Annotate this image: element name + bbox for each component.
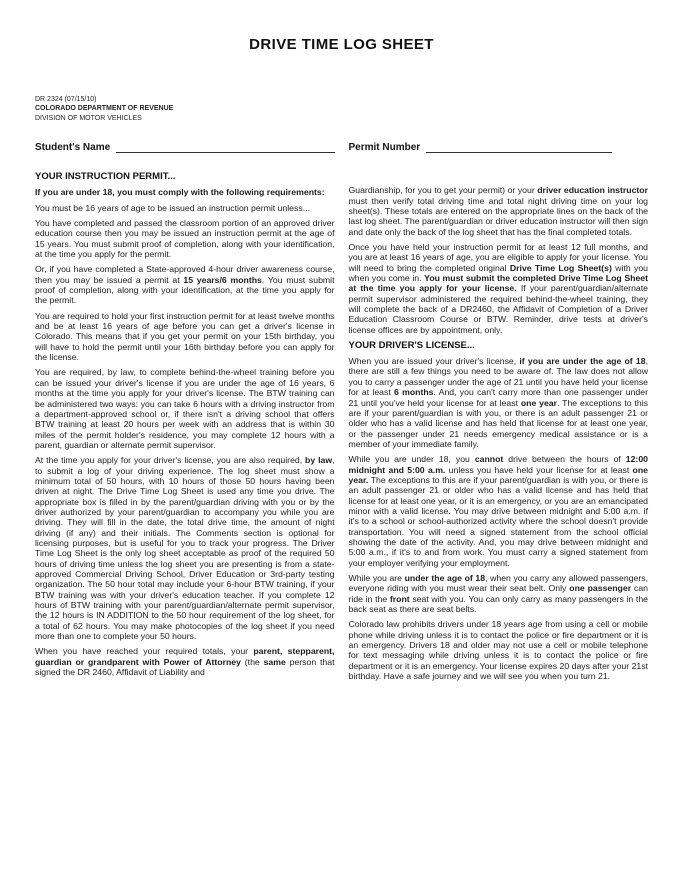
paragraph: When you have reached your required tota… xyxy=(35,646,335,677)
form-number: DR 2324 (07/15/10) xyxy=(35,95,648,104)
permit-number-label: Permit Number xyxy=(349,142,421,153)
paragraph: While you are under 18, you cannot drive… xyxy=(349,454,649,568)
permit-number-blank-line xyxy=(426,141,612,153)
agency-name: COLORADO DEPARTMENT OF REVENUE xyxy=(35,104,648,113)
paragraph: You have completed and passed the classr… xyxy=(35,218,335,259)
student-name-label: Student's Name xyxy=(35,142,110,153)
student-name-blank-line xyxy=(116,141,334,153)
paragraph: You are required, by law, to complete be… xyxy=(35,367,335,450)
paragraph: At the time you apply for your driver's … xyxy=(35,455,335,641)
student-name-field: Student's Name xyxy=(35,141,335,153)
paragraph: Once you have held your instruction perm… xyxy=(349,242,649,335)
paragraph: While you are under the age of 18, when … xyxy=(349,573,649,614)
permit-number-field: Permit Number xyxy=(349,141,649,153)
paragraph: When you are issued your driver's licens… xyxy=(349,356,649,449)
paragraph: Or, if you have completed a State-approv… xyxy=(35,264,335,305)
two-column-body: YOUR INSTRUCTION PERMIT...If you are und… xyxy=(35,170,648,686)
paragraph: Colorado law prohibits drivers under 18 … xyxy=(349,619,649,681)
right-column: Guardianship, for you to get your permit… xyxy=(349,170,649,686)
section-heading: YOUR DRIVER'S LICENSE... xyxy=(349,340,649,351)
fields-row: Student's Name Permit Number xyxy=(35,141,648,153)
document-title: DRIVE TIME LOG SHEET xyxy=(35,36,648,53)
paragraph: You must be 16 years of age to be issued… xyxy=(35,203,335,213)
paragraph: Guardianship, for you to get your permit… xyxy=(349,185,649,237)
form-id-block: DR 2324 (07/15/10) COLORADO DEPARTMENT O… xyxy=(35,95,648,123)
paragraph: If you are under 18, you must comply wit… xyxy=(35,187,335,197)
paragraph: You are required to hold your first inst… xyxy=(35,311,335,363)
division-name: DIVISION OF MOTOR VEHICLES xyxy=(35,114,648,123)
section-heading: YOUR INSTRUCTION PERMIT... xyxy=(35,171,335,182)
left-column: YOUR INSTRUCTION PERMIT...If you are und… xyxy=(35,170,335,686)
document-page: DRIVE TIME LOG SHEET DR 2324 (07/15/10) … xyxy=(0,0,680,880)
